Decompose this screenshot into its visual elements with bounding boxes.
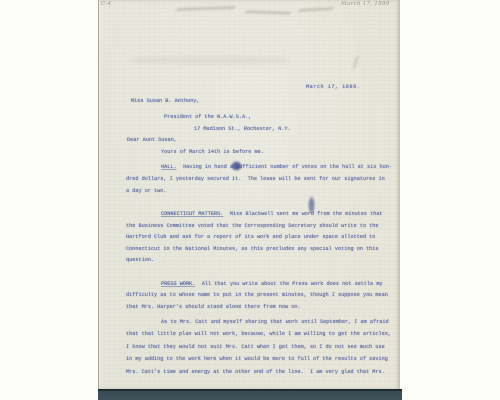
letter-line: that that little plan will not work, bec… (126, 331, 391, 337)
letter-line: Connecticut in the National Minutes, as … (126, 246, 379, 252)
pencil-inventory-code: C-4 (101, 0, 111, 7)
letter-line-text: All that you write about the Press work … (202, 281, 383, 287)
letter-line-text: Having in hand a sufficient number of vo… (183, 164, 392, 170)
pencil-received-date: March 17, 1899 (341, 0, 390, 7)
ink-impression (176, 6, 236, 11)
letter-line: PRESS WORK.All that you write about the … (161, 281, 383, 287)
address-line: Miss Susan B. Anthony, (131, 98, 200, 104)
letter-line: Mrs. Catt's time and energy at the other… (126, 369, 385, 375)
ink-impression (245, 10, 292, 15)
address-line: President of the N.A.W.S.A., (164, 114, 251, 120)
letter-line: in my adding to the work here when it wo… (126, 356, 388, 362)
letter-line: CONNECTICUT MATTERS.Miss Blackwell sent … (161, 211, 383, 217)
letter-line: dred dollars, I yesterday secured it. Th… (126, 176, 385, 182)
letter-line: difficulty as to whose name to put in th… (126, 292, 388, 298)
ink-impression (298, 7, 334, 12)
letter-line-text: Miss Blackwell sent me word from the min… (230, 211, 383, 217)
scanner-bed-strip (98, 389, 402, 400)
letter-paper: C-4 March 17, 1899 March 17, 1899. Miss … (98, 0, 400, 389)
scanned-letter-page: C-4 March 17, 1899 March 17, 1899. Miss … (0, 0, 500, 400)
paragraph-heading: HALL. (161, 164, 177, 170)
salutation: Dear Aunt Susan, (127, 137, 177, 143)
paragraph-heading: PRESS WORK. (161, 281, 195, 287)
paragraph-heading: CONNECTICUT MATTERS. (161, 211, 223, 217)
letter-line: Hartford Club and ask for a report of it… (126, 234, 375, 240)
address-line: 17 Madison St., Rochester, N.Y. (194, 126, 291, 132)
paper-stain (129, 56, 289, 64)
letter-line: HALL.Having in hand a sufficient number … (161, 164, 392, 170)
opening-line: Yours of March 14th is before me. (161, 149, 264, 155)
letter-line: As to Mrs. Catt and myself sharing that … (161, 319, 389, 325)
letter-line: that Mrs. Harper's should stand alone th… (126, 304, 301, 310)
letter-line: the Business Committee voted that the Co… (126, 223, 379, 229)
letter-line: I know that they would not suit Mrs. Cat… (126, 344, 385, 350)
typed-date: March 17, 1899. (306, 84, 360, 90)
letter-line: question. (126, 257, 154, 263)
ink-smudge (352, 55, 359, 70)
letter-line: a day or two. (126, 188, 167, 194)
